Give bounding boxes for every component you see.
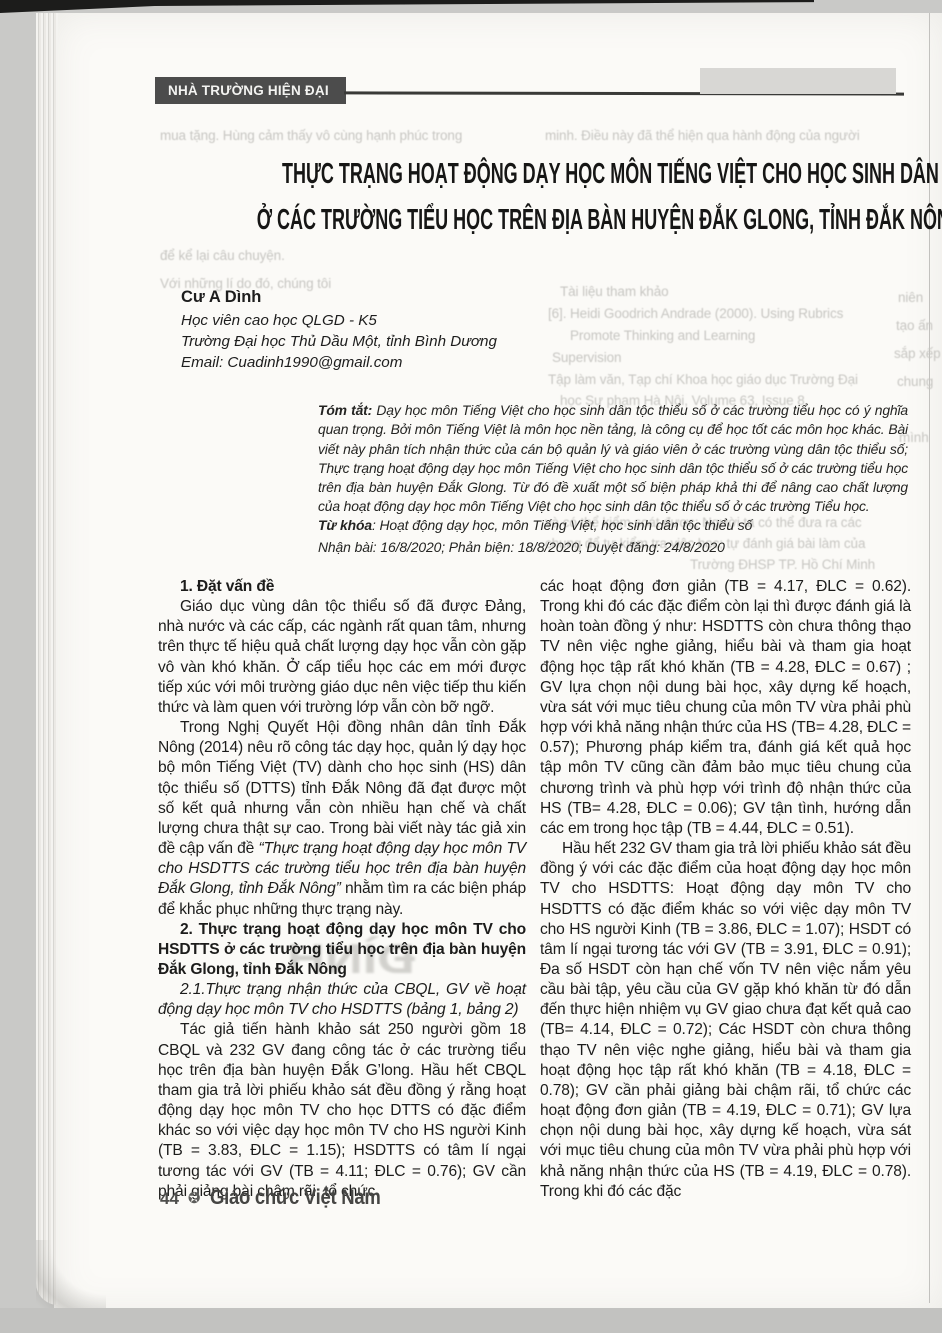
- bleedthrough-text: Trường ĐHSP TP. Hồ Chí Minh: [690, 557, 875, 572]
- scan-top-black-edge: [0, 0, 814, 13]
- bleedthrough-text: niên: [898, 290, 923, 305]
- bleedthrough-text: mua tặng. Hùng cảm thấy vô cùng hạnh phú…: [160, 128, 462, 143]
- author-name: Cư A Dình: [181, 288, 497, 307]
- paragraph-text: 2.1.Thực trạng nhận thức của CBQL, GV về…: [158, 981, 526, 1018]
- author-block: Cư A Dình Học viên cao học QLGD - K5 Trư…: [181, 288, 497, 373]
- scan-bottom-shadow: [0, 1308, 942, 1333]
- paragraph-text: 2. Thực trạng hoạt động dạy học môn TV c…: [158, 921, 526, 978]
- author-affiliation-2: Trường Đại học Thủ Dầu Một, tỉnh Bình Dư…: [181, 331, 497, 352]
- abstract-label: Tóm tắt:: [318, 402, 372, 418]
- body-paragraph: Trong Nghị Quyết Hội đồng nhân dân tỉnh …: [158, 718, 526, 920]
- author-email: Email: Cuadinh1990@gmail.com: [181, 352, 497, 373]
- bleedthrough-text: để kể lại câu chuyện.: [160, 248, 285, 263]
- right-column: các hoạt động đơn giản (TB = 4.17, ĐLC =…: [540, 577, 911, 1202]
- bleedthrough-text: Tài liệu tham khảo: [560, 284, 669, 299]
- paragraph-text: Giáo dục vùng dân tộc thiểu số đã được Đ…: [158, 598, 526, 716]
- body-paragraph: 2.1.Thực trạng nhận thức của CBQL, GV về…: [158, 980, 526, 1020]
- left-column: 1. Đặt vấn đềGiáo dục vùng dân tộc thiểu…: [158, 577, 526, 1202]
- paragraph-text: Tác giả tiến hành khảo sát 250 người gồm…: [158, 1021, 526, 1199]
- paragraph-text: 1. Đặt vấn đề: [180, 578, 274, 595]
- bleedthrough-header-box: [700, 68, 896, 94]
- abstract-text: Dạy học môn Tiếng Việt cho học sinh dân …: [318, 402, 908, 514]
- bleedthrough-text: chung: [897, 374, 933, 389]
- body-paragraph: Giáo dục vùng dân tộc thiểu số đã được Đ…: [158, 597, 526, 718]
- submission-dates: Nhận bài: 16/8/2020; Phản biện: 18/8/202…: [318, 539, 908, 555]
- paragraph-text: Trong Nghị Quyết Hội đồng nhân dân tỉnh …: [158, 719, 526, 857]
- body-paragraph: Hầu hết 232 GV tham gia trả lời phiếu kh…: [540, 839, 911, 1202]
- body-paragraph: Tác giả tiến hành khảo sát 250 người gồm…: [158, 1020, 526, 1201]
- article-title-line-2: Ở CÁC TRƯỜNG TIỂU HỌC TRÊN ĐỊA BÀN HUYỆN…: [40, 204, 902, 237]
- journal-star-icon: ✪: [188, 1189, 201, 1207]
- bleedthrough-text: sắp xếp: [894, 346, 941, 361]
- bleedthrough-text: [6]. Heidi Goodrich Andrade (2000). Usin…: [548, 306, 843, 321]
- keywords-label: Từ khóa: [318, 517, 372, 533]
- page-curl-shadow: [36, 1240, 106, 1310]
- body-paragraph: các hoạt động đơn giản (TB = 4.17, ĐLC =…: [540, 577, 911, 839]
- abstract: Tóm tắt: Dạy học môn Tiếng Việt cho học …: [318, 401, 908, 517]
- page-footer: 44 ✪ Giáo chức Việt Nam: [160, 1186, 403, 1210]
- bleedthrough-text: Tập làm văn, Tạp chí Khoa học giáo dục T…: [548, 372, 858, 387]
- paragraph-text: các hoạt động đơn giản (TB = 4.17, ĐLC =…: [540, 578, 911, 837]
- body-paragraph: 1. Đặt vấn đề: [158, 577, 526, 597]
- page-number: 44: [160, 1189, 179, 1209]
- bleedthrough-text: Promote Thinking and Learning: [570, 328, 755, 343]
- body-paragraph: 2. Thực trạng hoạt động dạy học môn TV c…: [158, 920, 526, 980]
- scanned-journal-page: mua tặng. Hùng cảm thấy vô cùng hạnh phú…: [0, 0, 942, 1333]
- keywords-text: : Hoạt động dạy học, môn Tiếng Việt, học…: [372, 517, 752, 533]
- bleedthrough-text: tạo ấn: [896, 318, 933, 333]
- section-banner: NHÀ TRƯỜNG HIỆN ĐẠI: [155, 77, 346, 104]
- bleedthrough-text: minh. Điều này đã thể hiện qua hành động…: [545, 128, 860, 143]
- author-affiliation-1: Học viên cao học QLGD - K5: [181, 310, 497, 331]
- article-title-line-1: THỰC TRẠNG HOẠT ĐỘNG DẠY HỌC MÔN TIẾNG V…: [40, 158, 902, 191]
- bleedthrough-text: Supervision: [552, 350, 621, 365]
- keywords: Từ khóa: Hoạt động dạy học, môn Tiếng Vi…: [318, 517, 908, 533]
- paragraph-text: Hầu hết 232 GV tham gia trả lời phiếu kh…: [540, 840, 911, 1200]
- journal-name: Giáo chức Việt Nam: [210, 1186, 381, 1210]
